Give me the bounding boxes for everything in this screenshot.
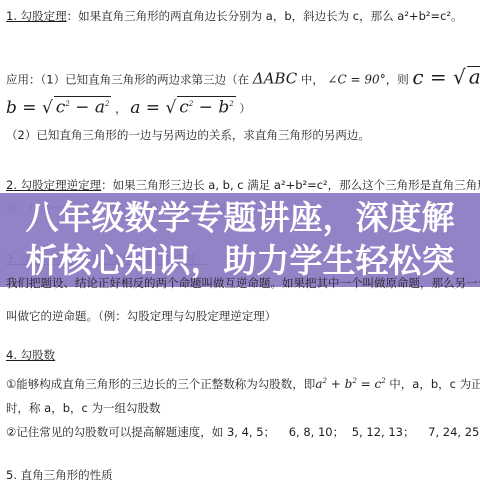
item1-text: ①能够构成直角三角形的三边长的三个正整数称为勾股数，即 bbox=[6, 377, 315, 391]
section2-line: 2. 勾股定理逆定理：如果三角形三边长 a, b, c 满足 a²+b²=c²，… bbox=[6, 178, 480, 192]
item2-text: ②记住常见的勾股数可以提高解题速度，如 bbox=[6, 425, 227, 439]
section3-text1: 我们把题设、结论正好相反的两个命题叫做互逆命题。如果把其中一个叫做原命题，那么另… bbox=[6, 276, 480, 290]
application-line1: 应用：（1）已知直角三角形的两边求第三边（在 ΔABC 中， ∠C = 90°，… bbox=[6, 66, 480, 87]
section4-item2: ②记住常见的勾股数可以提高解题速度，如 3, 4, 5； 6, 8, 10； 5… bbox=[6, 425, 480, 439]
angle-formula: ∠C = 90° bbox=[328, 73, 386, 87]
application-end: ） bbox=[239, 102, 251, 116]
section5-heading: 5. 直角三角形的性质 bbox=[6, 468, 113, 480]
triple-3: 5, 12, 13； bbox=[352, 425, 415, 439]
application-prefix: 应用：（1）已知直角三角形的两边求第三边（在 bbox=[6, 73, 249, 87]
application-then: ，则 bbox=[386, 73, 413, 87]
section4-heading: 4. 勾股数 bbox=[6, 348, 55, 362]
application-line2: b = √c2 − a2 ， a = √c2 − b2 ） bbox=[6, 96, 251, 116]
formula-a: a = √c2 − b2 bbox=[130, 98, 235, 118]
item1-text-b: 中，a，b，c 为正整数 bbox=[386, 377, 480, 391]
section2-text: ：如果三角形三边长 a, b, c 满足 a²+b²=c²，那么这个三角形是直角… bbox=[101, 178, 480, 192]
formula-c: c = √a2 + b2 bbox=[412, 65, 480, 89]
triple-4: 7, 24, 25 等 bbox=[428, 425, 480, 439]
item1-formula: a2 + b2 = c2 bbox=[315, 377, 385, 391]
triple-2: 6, 8, 10； bbox=[289, 425, 344, 439]
section4-item1-cont: 时，称 a，b，c 为一组勾股数 bbox=[6, 401, 160, 415]
banner-line1: 八年级数学专题讲座，深度解 bbox=[0, 196, 480, 239]
application-mid: 中， bbox=[297, 73, 324, 87]
section2-heading: 2. 勾股定理逆定理 bbox=[6, 178, 101, 192]
formula-b: b = √c2 − a2 bbox=[6, 98, 111, 118]
triangle-label: ΔABC bbox=[253, 70, 297, 88]
section1-text: ：如果直角三角形的两直角边长分别为 a，b，斜边长为 c，那么 a²+b²=c²… bbox=[67, 9, 463, 23]
section1-line: 1. 勾股定理：如果直角三角形的两直角边长分别为 a，b，斜边长为 c，那么 a… bbox=[6, 9, 463, 23]
banner-title: 八年级数学专题讲座，深度解 析核心知识，助力学生轻松突 bbox=[0, 196, 480, 282]
application-item2: （2）已知直角三角形的一边与另两边的关系，求直角三角形的另两边。 bbox=[6, 128, 370, 142]
triple-1: 3, 4, 5； bbox=[227, 425, 275, 439]
document-page: 1. 勾股定理：如果直角三角形的两直角边长分别为 a，b，斜边长为 c，那么 a… bbox=[0, 0, 480, 480]
section1-heading: 1. 勾股定理 bbox=[6, 9, 67, 23]
section3-text2: 叫做它的逆命题。（例：勾股定理与勾股定理逆定理） bbox=[6, 309, 276, 323]
section4-item1: ①能够构成直角三角形的三边长的三个正整数称为勾股数，即a2 + b2 = c2 … bbox=[6, 374, 480, 391]
